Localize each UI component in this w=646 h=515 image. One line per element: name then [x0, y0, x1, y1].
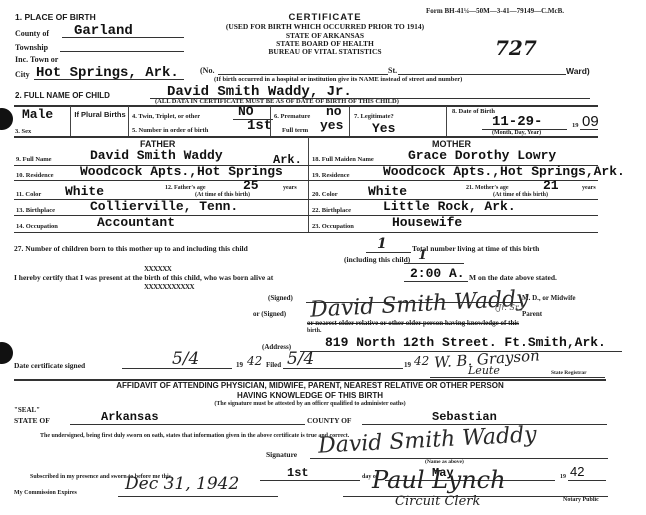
- divider: [446, 106, 447, 136]
- year-underline: [568, 480, 606, 481]
- mother-color-value: White: [368, 184, 407, 199]
- bureau-name: BUREAU OF VITAL STATISTICS: [240, 47, 410, 56]
- certification-statement-end: M on the date above stated.: [469, 273, 557, 282]
- father-age-unit: years: [283, 185, 297, 191]
- commission-value: Dec 31, 1942: [125, 474, 239, 494]
- registrar-label: State Registrar: [551, 370, 587, 376]
- children-count-value: 1: [377, 236, 387, 252]
- mother-age-value: 21: [543, 178, 559, 193]
- affidavit-county-value: Sebastian: [432, 410, 497, 424]
- signed-year-prefix: 19: [236, 361, 243, 369]
- registrar-underline: [430, 377, 605, 378]
- struck-text-above: XXXXXX: [144, 265, 171, 273]
- st-label: St.: [388, 66, 397, 75]
- parents-bottom-border: [14, 232, 598, 233]
- living-underline: [404, 263, 464, 264]
- child-block-bottom-border: [14, 136, 598, 138]
- father-name-value: David Smith Waddy: [90, 148, 223, 163]
- affidavit-title-line1: AFFIDAVIT OF ATTENDING PHYSICIAN, MIDWIF…: [14, 381, 606, 390]
- father-occupation-value: Accountant: [97, 215, 175, 230]
- divider: [270, 106, 271, 136]
- dob-label: 8. Date of Birth: [452, 108, 495, 115]
- data-note: (ALL DATA IN CERTIFICATE MUST BE AS OF D…: [155, 98, 399, 105]
- date-signed-value: 5/4: [172, 349, 199, 369]
- no-underline: [218, 74, 388, 75]
- premature-label: 6. Premature: [274, 113, 310, 120]
- mother-birthplace-value: Little Rock, Ark.: [383, 199, 516, 214]
- certification-statement: I hereby certify that I was present at t…: [14, 273, 273, 282]
- father-color-value: White: [65, 184, 104, 199]
- affidavit-state-label: STATE OF: [14, 416, 50, 425]
- affidavit-county-label: COUNTY OF: [307, 416, 352, 425]
- county-underline: [62, 37, 184, 38]
- father-residence-label: 10. Residence: [16, 172, 54, 179]
- mother-color-label: 20. Color: [312, 191, 338, 198]
- mother-occupation-value: Housewife: [392, 215, 462, 230]
- full-term-value: yes: [320, 118, 343, 133]
- punch-hole: [0, 108, 13, 130]
- address-value: 819 North 12th Street. Ft.Smith,Ark.: [325, 335, 606, 350]
- signed-year-value: 42: [247, 354, 262, 368]
- twin-value: NO: [238, 104, 254, 119]
- father-birthplace-value: Collierville, Tenn.: [90, 199, 238, 214]
- struck-text-below: XXXXXXXXXXX: [144, 283, 194, 291]
- notary-signature: Paul Lynch: [372, 466, 506, 494]
- affidavit-state-underline: [70, 424, 305, 425]
- dob-value: 11-29-: [492, 114, 542, 130]
- day-underline: [260, 480, 360, 481]
- commission-underline: [118, 496, 278, 497]
- registrar-initials: Leute: [468, 364, 500, 377]
- children-count-underline: [366, 252, 411, 253]
- commission-label: My Commission Expires: [14, 490, 77, 496]
- filed-label: Filed: [266, 361, 281, 369]
- certificate-subtitle: (USED FOR BIRTH WHICH OCCURRED PRIOR TO …: [190, 22, 460, 31]
- twin-label: 4. Twin, Triplet, or other: [132, 113, 200, 120]
- township-underline: [60, 51, 184, 52]
- mother-residence-label: 19. Residence: [312, 172, 350, 179]
- row-line: [14, 180, 308, 181]
- md-midwife-label: M. D., or Midwife: [522, 294, 576, 302]
- ward-label: Ward): [566, 66, 590, 76]
- father-color-label: 11. Color: [16, 191, 41, 198]
- divider: [349, 106, 350, 136]
- sex-label: 3. Sex: [15, 128, 31, 135]
- parent-label: Parent: [522, 310, 542, 318]
- legitimate-value: Yes: [372, 121, 395, 136]
- premature-value: no: [326, 104, 342, 119]
- hospital-note: (If birth occurred in a hospital or inst…: [214, 76, 462, 83]
- filed-date-value: 5/4: [287, 349, 314, 369]
- living-label: Total number living at time of this birt…: [412, 244, 539, 253]
- divider: [70, 106, 71, 136]
- seal-label: "SEAL": [14, 406, 40, 414]
- father-birthplace-label: 13. Birthplace: [16, 207, 55, 214]
- place-of-birth-heading: 1. PLACE OF BIRTH: [15, 12, 96, 22]
- order-value: 1st: [247, 118, 272, 134]
- notary-label: Notary Public: [563, 497, 599, 503]
- no-label: (No.: [200, 66, 214, 75]
- birth-word: birth.: [307, 328, 322, 334]
- punch-hole: [0, 342, 13, 364]
- filed-year-value: 42: [414, 354, 429, 368]
- township-label: Township: [15, 43, 48, 52]
- oath-text: The undersigned, being first duly sworn …: [40, 433, 349, 439]
- birth-time-value: 2:00 A.: [410, 266, 465, 281]
- mother-age-label: 21. Mother's age: [466, 185, 509, 191]
- filed-underline: [283, 368, 403, 369]
- birth-time-underline: [404, 281, 468, 282]
- father-age-label: 12. Father's age: [165, 185, 206, 191]
- day-value: 1st: [287, 466, 309, 480]
- or-signed-label: or (Signed): [253, 310, 286, 318]
- father-name-label: 9. Full Name: [16, 156, 52, 163]
- father-age-note: (At time of this birth): [195, 192, 250, 198]
- struck-relative-text: or nearest older relative or other older…: [307, 319, 519, 327]
- child-name-label: 2. FULL NAME OF CHILD: [15, 91, 110, 100]
- county-label: County of: [15, 29, 49, 38]
- dob-century: 19: [572, 122, 579, 129]
- affidavit-title-line2: HAVING KNOWLEDGE OF THIS BIRTH: [14, 391, 606, 400]
- dob-year: 09: [582, 113, 599, 130]
- affidavit-signature-label: Signature: [266, 450, 297, 459]
- full-term-label: Full term: [282, 127, 308, 134]
- year-value: 42: [570, 464, 584, 479]
- plural-births-label: If Plural Births: [72, 110, 128, 120]
- mother-residence-value: Woodcock Apts.,Hot Springs,Ark.: [383, 164, 625, 179]
- mother-birthplace-label: 22. Birthplace: [312, 207, 351, 214]
- dob-year-underline: [580, 129, 598, 130]
- legitimate-label: 7. Legitimate?: [354, 113, 394, 120]
- children-count-label: 27. Number of children born to this moth…: [14, 244, 248, 253]
- city-label: City: [15, 70, 30, 79]
- signed-label: (Signed): [268, 294, 293, 302]
- mother-age-note: (At time of this birth): [493, 192, 548, 198]
- certificate-number: 727: [495, 36, 537, 60]
- child-block-top-border: [14, 105, 598, 107]
- city-underline: [34, 79, 184, 80]
- affidavit-signature: David Smith Waddy: [317, 422, 537, 458]
- mother-age-unit: years: [582, 185, 596, 191]
- mother-name-value: Grace Dorothy Lowry: [408, 148, 556, 163]
- st-underline: [398, 74, 566, 75]
- signature-note: (Jr. Sr.): [495, 303, 523, 312]
- living-sub-label: (including this child): [344, 255, 410, 264]
- mother-name-label: 18. Full Maiden Name: [312, 156, 374, 163]
- parents-divider: [308, 137, 309, 233]
- sex-value: Male: [22, 107, 53, 122]
- father-residence-value: Woodcock Apts.,Hot Springs: [80, 164, 283, 179]
- filed-year-prefix: 19: [404, 361, 411, 369]
- date-signed-label: Date certificate signed: [14, 361, 85, 370]
- inc-town-label: Inc. Town or: [15, 55, 58, 64]
- father-occupation-label: 14. Occupation: [16, 223, 58, 230]
- form-number: Form BH-41¼—50M—3-41—79149—C.McB.: [426, 7, 564, 15]
- living-value: 1: [418, 248, 427, 263]
- affidavit-state-value: Arkansas: [101, 410, 159, 424]
- name-note: (Name as above): [425, 459, 464, 465]
- order-label: 5. Number in order of birth: [132, 127, 208, 134]
- year-prefix: 19: [560, 474, 566, 480]
- father-age-value: 25: [243, 178, 259, 193]
- mother-occupation-label: 23. Occupation: [312, 223, 354, 230]
- affidavit-note: (The signature must be attested by an of…: [14, 401, 606, 407]
- divider: [128, 106, 129, 136]
